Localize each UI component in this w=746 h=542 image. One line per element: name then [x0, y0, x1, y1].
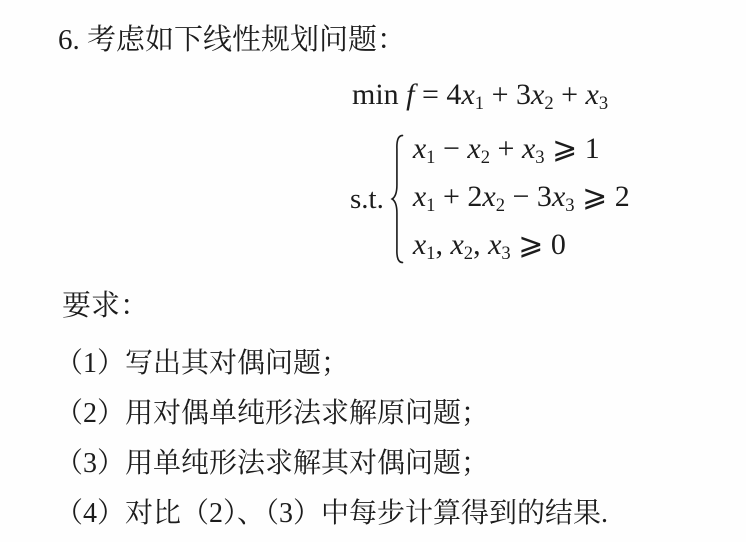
math-token: 2 — [481, 147, 490, 168]
math-token: 1 — [426, 147, 435, 168]
math-token: x — [413, 132, 426, 165]
math-token: 1 — [426, 195, 435, 216]
math-token: + — [490, 132, 522, 165]
math-token: , — [435, 228, 450, 261]
subject-to-label: s.t. — [350, 183, 384, 216]
requirement-item-4: （4）对比（2）、（3）中每步计算得到的结果. — [55, 486, 608, 536]
math-token: x — [522, 132, 535, 165]
math-token: x — [488, 228, 501, 261]
exercise-page: 6. 考虑如下线性规划问题： min f = 4x1 + 3x2 + x3 s.… — [0, 0, 746, 542]
math-token: 2 — [544, 93, 553, 114]
math-token: 2 — [464, 243, 473, 264]
requirement-list: （1）写出其对偶问题； （2）用对偶单纯形法求解原问题； （3）用单纯形法求解其… — [55, 336, 608, 536]
math-token: min — [352, 78, 406, 111]
math-token: 3 — [535, 147, 544, 168]
constraint-line-2: x1 + 2x2 − 3x3 ⩾ 2 — [413, 176, 630, 222]
requirement-item-1: （1）写出其对偶问题； — [55, 336, 608, 386]
constraint-line-3: x1, x2, x3 ⩾ 0 — [413, 224, 630, 270]
math-token: 3 — [501, 243, 510, 264]
requirement-item-2: （2）用对偶单纯形法求解原问题； — [55, 386, 608, 436]
math-token: f — [406, 78, 414, 111]
math-token: 3 — [599, 93, 608, 114]
math-token: 1 — [475, 93, 484, 114]
math-token: , — [473, 228, 488, 261]
math-token: = 4 — [415, 78, 462, 111]
constraint-list: x1 − x2 + x3 ⩾ 1 x1 + 2x2 − 3x3 ⩾ 2 x1, … — [413, 128, 630, 270]
math-token: 3 — [565, 195, 574, 216]
constraint-line-1: x1 − x2 + x3 ⩾ 1 — [413, 128, 630, 174]
math-token: x — [450, 228, 463, 261]
math-token: 1 — [426, 243, 435, 264]
requirements-label: 要求： — [62, 288, 149, 324]
math-token: x — [586, 78, 599, 111]
math-token: x — [552, 180, 565, 213]
math-token: x — [413, 180, 426, 213]
math-token: + — [554, 78, 586, 111]
requirement-item-3: （3）用单纯形法求解其对偶问题； — [55, 436, 608, 486]
math-token: ⩾ 0 — [511, 228, 566, 261]
math-token: x — [467, 132, 480, 165]
math-token: + 3 — [484, 78, 531, 111]
math-token: − 3 — [505, 180, 552, 213]
math-token: + 2 — [435, 180, 482, 213]
math-token: x — [413, 228, 426, 261]
math-token: ⩾ 1 — [545, 132, 600, 165]
constraint-system: s.t. x1 − x2 + x3 ⩾ 1 x1 + 2x2 − 3x3 ⩾ 2… — [350, 128, 630, 270]
question-title: 6. 考虑如下线性规划问题： — [58, 22, 406, 58]
math-token: 2 — [496, 195, 505, 216]
math-token: − — [435, 132, 467, 165]
math-token: x — [482, 180, 495, 213]
math-token: x — [531, 78, 544, 111]
math-token: x — [461, 78, 474, 111]
objective-function: min f = 4x1 + 3x2 + x3 — [352, 76, 608, 118]
left-brace-icon — [389, 133, 407, 265]
math-token: ⩾ 2 — [575, 180, 630, 213]
